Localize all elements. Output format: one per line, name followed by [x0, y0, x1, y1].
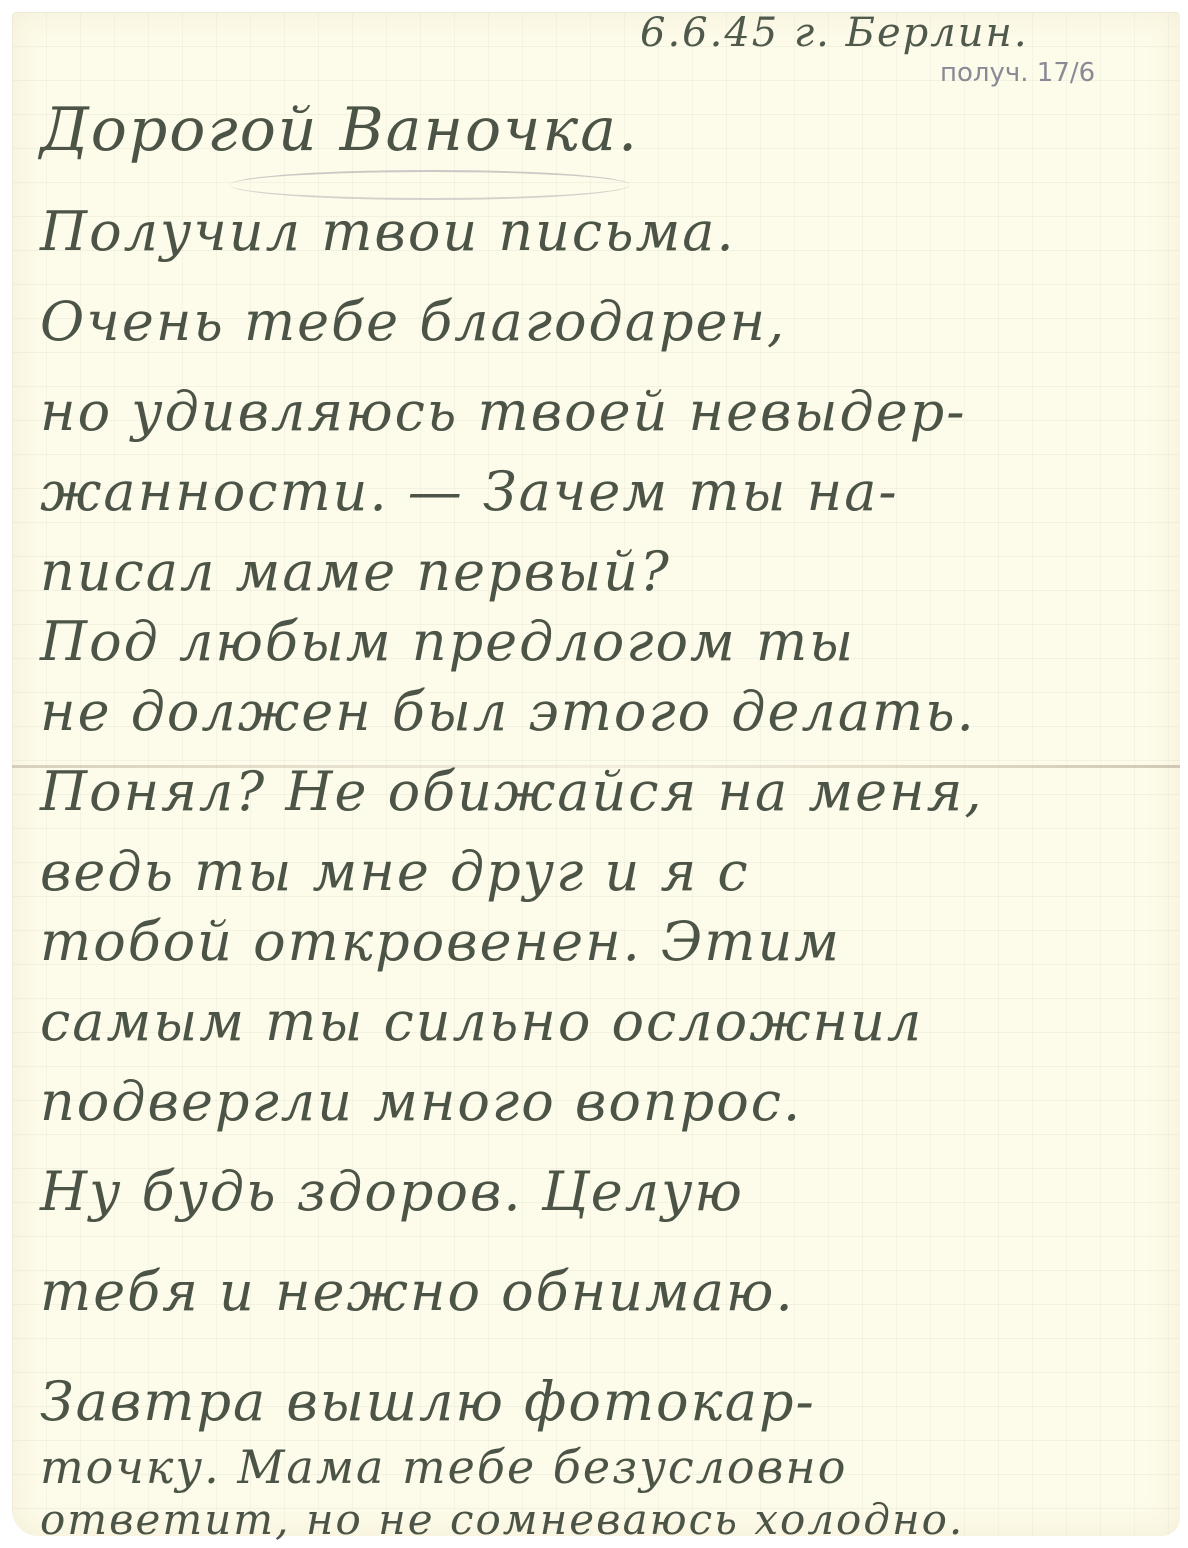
pencil-mark: [230, 170, 630, 200]
letter-line: Понял? Не обижайся на меня,: [40, 760, 984, 823]
letter-line: подвергли много вопрос.: [40, 1070, 802, 1133]
received-note: получ. 17/6: [940, 58, 1095, 88]
letter-line: ведь ты мне друг и я с: [40, 840, 750, 903]
letter-line: самым ты сильно осложнил: [40, 990, 923, 1053]
letter-line: Получил твои письма.: [40, 200, 736, 263]
letter-line: Очень тебе благодарен,: [40, 290, 786, 353]
letter-salutation: Дорогой Ваночка.: [40, 95, 639, 165]
letter-line: Ну будь здоров. Целую: [40, 1160, 744, 1223]
letter-date-place: 6.6.45 г. Берлин.: [640, 10, 1029, 56]
letter-line: тебя и нежно обнимаю.: [40, 1260, 795, 1323]
letter-line: тобой откровенен. Этим: [40, 910, 841, 973]
letter-line: не должен был этого делать.: [40, 680, 976, 743]
letter-line: жанности. — Зачем ты на-: [40, 460, 899, 523]
letter-line: точку. Мама тебе безусловно: [40, 1440, 847, 1494]
letter-line: но удивляюсь твоей невыдер-: [40, 380, 966, 443]
letter-line: Завтра вышлю фотокар-: [40, 1370, 816, 1433]
letter-line: Под любым предлогом ты: [40, 610, 855, 673]
letter-line: писал маме первый?: [40, 540, 671, 603]
letter-line: ответит, но не сомневаюсь холодно.: [40, 1495, 964, 1544]
